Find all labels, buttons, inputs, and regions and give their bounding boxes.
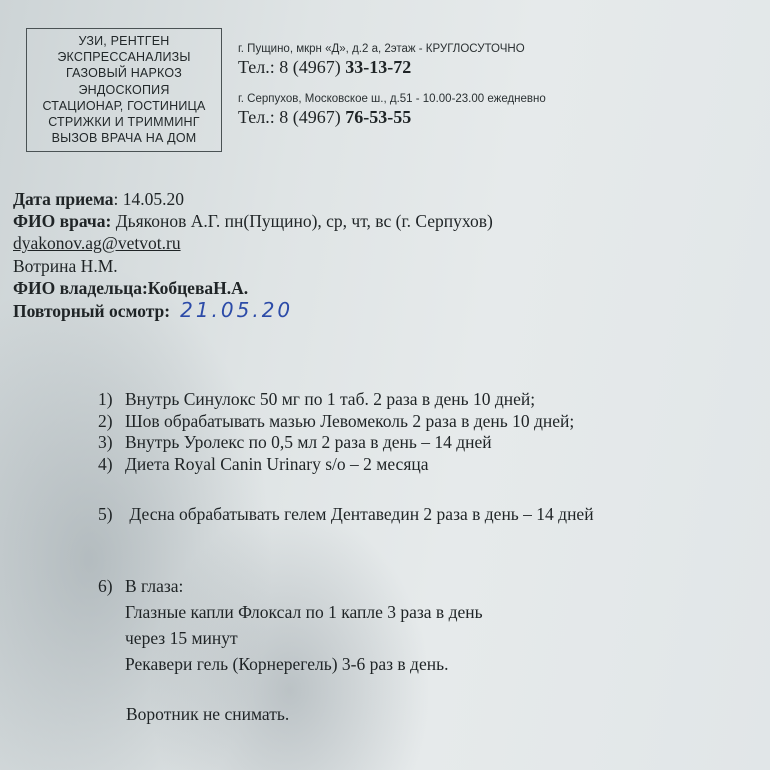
phone-prefix: Тел.: 8 (4967)	[238, 107, 345, 127]
visit-info: Дата приема: 14.05.20 ФИО врача: Дьяконо…	[13, 188, 493, 322]
service-item: ЭКСПРЕССАНАЛИЗЫ	[27, 49, 221, 65]
owner-label: ФИО владельца:	[13, 278, 148, 298]
service-item: ГАЗОВЫЙ НАРКОЗ	[27, 65, 221, 81]
owner: ФИО владельца:КобцеваН.А.	[13, 277, 493, 299]
collar-note: Воротник не снимать.	[126, 704, 289, 725]
phone-number: 33-13-72	[345, 57, 411, 77]
phone-prefix: Тел.: 8 (4967)	[238, 57, 345, 77]
followup-label: Повторный осмотр:	[13, 301, 170, 321]
followup: Повторный осмотр:21.05.20	[13, 299, 493, 322]
address-pushchino: г. Пущино, мкрн «Д», д.2 а, 2этаж - КРУГ…	[238, 43, 546, 55]
eye-treatment: 6)В глаза: Глазные капли Флоксал по 1 ка…	[98, 573, 483, 677]
eye-treatment-line: Глазные капли Флоксал по 1 капле 3 раза …	[98, 599, 483, 625]
visit-date-value: : 14.05.20	[114, 189, 185, 209]
doctor-label: ФИО врача:	[13, 211, 111, 231]
prescription-sheet: УЗИ, РЕНТГЕН ЭКСПРЕССАНАЛИЗЫ ГАЗОВЫЙ НАР…	[0, 0, 770, 770]
prescription-item: 1)Внутрь Синулокс 50 мг по 1 таб. 2 раза…	[98, 389, 594, 411]
prescription-item: 3)Внутрь Уролекс по 0,5 мл 2 раза в день…	[98, 432, 594, 454]
phone-serpukhov: Тел.: 8 (4967) 76-53-55	[238, 107, 546, 128]
service-item: ВЫЗОВ ВРАЧА НА ДОМ	[27, 130, 221, 146]
service-item: СТРИЖКИ И ТРИММИНГ	[27, 114, 221, 130]
phone-pushchino: Тел.: 8 (4967) 33-13-72	[238, 57, 546, 78]
phone-number: 76-53-55	[345, 107, 411, 127]
eye-treatment-title: 6)В глаза:	[98, 573, 483, 599]
prescription-item: 2)Шов обрабатывать мазью Левомеколь 2 ра…	[98, 411, 594, 433]
clinic-contacts: г. Пущино, мкрн «Д», д.2 а, 2этаж - КРУГ…	[238, 43, 546, 128]
doctor-value: Дьяконов А.Г. пн(Пущино), ср, чт, вс (г.…	[111, 211, 493, 231]
prescription-item: 4)Диета Royal Canin Urinary s/o – 2 меся…	[98, 454, 594, 476]
owner-value: КобцеваН.А.	[148, 278, 248, 298]
visit-date: Дата приема: 14.05.20	[13, 188, 493, 210]
eye-treatment-line: через 15 минут	[98, 625, 483, 651]
visit-date-label: Дата приема	[13, 189, 114, 209]
service-item: УЗИ, РЕНТГЕН	[27, 33, 221, 49]
doctor-email-link[interactable]: dyakonov.ag@vetvot.ru	[13, 232, 493, 254]
service-item: СТАЦИОНАР, ГОСТИНИЦА	[27, 98, 221, 114]
address-serpukhov: г. Серпухов, Московское ш., д.51 - 10.00…	[238, 93, 546, 105]
assistant-name: Вотрина Н.М.	[13, 255, 493, 277]
followup-date-handwritten: 21.05.20	[180, 298, 293, 322]
prescription-list: 1)Внутрь Синулокс 50 мг по 1 таб. 2 раза…	[98, 389, 594, 526]
services-box: УЗИ, РЕНТГЕН ЭКСПРЕССАНАЛИЗЫ ГАЗОВЫЙ НАР…	[26, 28, 222, 152]
doctor: ФИО врача: Дьяконов А.Г. пн(Пущино), ср,…	[13, 210, 493, 232]
eye-treatment-line: Рекавери гель (Корнерегель) 3-6 раз в де…	[98, 651, 483, 677]
prescription-item: 5) Десна обрабатывать гелем Дентаведин 2…	[98, 504, 594, 526]
service-item: ЭНДОСКОПИЯ	[27, 82, 221, 98]
